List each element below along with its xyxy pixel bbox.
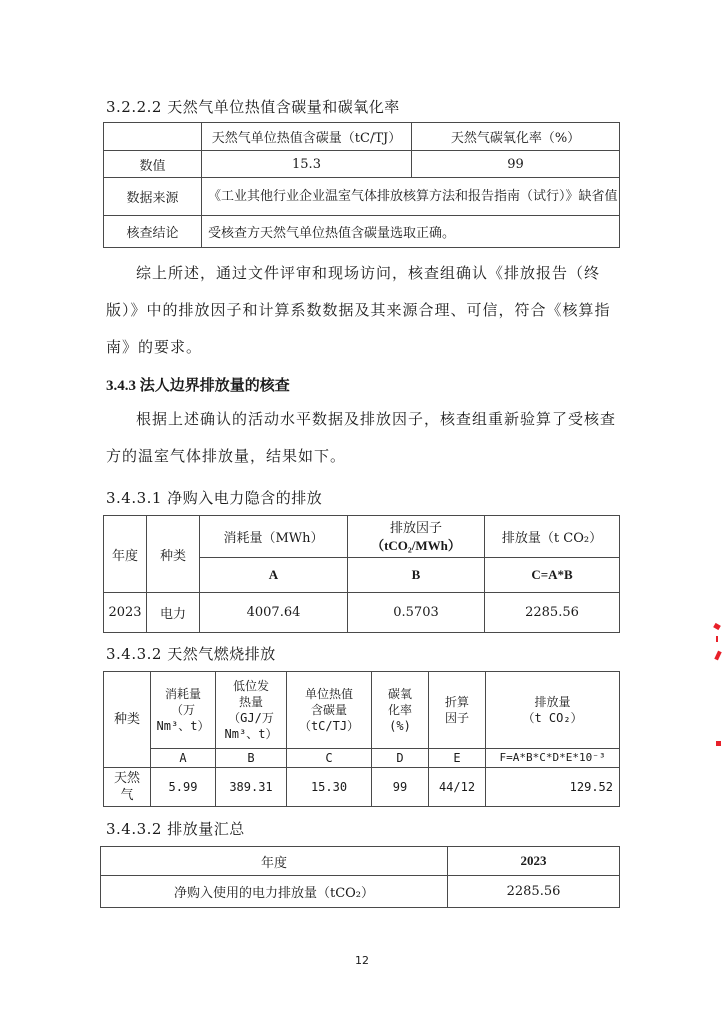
margin-mark — [716, 636, 718, 642]
section-heading-3-4-3: 3.4.3 法人边界排放量的核查 — [106, 374, 290, 395]
header-emission-factor-line1: 排放因子 — [348, 520, 484, 537]
data-source-text: 《工业其他行业企业温室气体排放核算方法和报告指南（试行）》缺省值 — [202, 178, 620, 216]
header-conversion-line1: 折算 — [429, 694, 485, 710]
header-ncv: 低位发 热量 （GJ/万 Nm³、t） — [216, 672, 287, 749]
header-ncv-line3: （GJ/万 — [216, 710, 286, 726]
subheader-d: D — [372, 749, 429, 768]
section-heading-3-2-2-2: 3.2.2.2 天然气单位热值含碳量和碳氧化率 — [106, 96, 400, 117]
value-carbon-content: 15.3 — [202, 151, 412, 178]
recalculation-paragraph: 根据上述确认的活动水平数据及排放因子，核查组重新验算了受核查方的温室气体排放量，… — [106, 401, 616, 475]
subheader-b: B — [216, 749, 287, 768]
header-conversion-line2: 因子 — [429, 710, 485, 726]
summary-paragraph: 综上所述，通过文件评审和现场访问，核查组确认《排放报告（终版）》中的排放因子和计… — [106, 255, 616, 366]
header-year: 年度 — [104, 516, 147, 593]
header-carbon-content-line3: （tC/TJ） — [287, 718, 371, 734]
cell-conversion: 44/12 — [429, 768, 486, 807]
header-carbon-content: 单位热值 含碳量 （tC/TJ） — [287, 672, 372, 749]
subheader-e: E — [429, 749, 486, 768]
margin-mark — [714, 651, 721, 661]
margin-mark — [713, 623, 721, 630]
header-emission: 排放量（t CO₂） — [485, 516, 620, 558]
cell-emission: 2285.56 — [485, 593, 620, 633]
subheader-f: F=A*B*C*D*E*10⁻³ — [486, 749, 620, 768]
margin-mark — [716, 741, 721, 746]
cell-emission: 129.52 — [486, 768, 620, 807]
carbon-content-table: 天然气单位热值含碳量（tC/TJ） 天然气碳氧化率（%） 数值 15.3 99 … — [103, 122, 620, 248]
cell-type: 电力 — [147, 593, 200, 633]
summary-header-label: 年度 — [101, 847, 448, 876]
page-number: 12 — [355, 954, 369, 967]
cell-year: 2023 — [104, 593, 147, 633]
header-ncv-line2: 热量 — [216, 694, 286, 710]
value-oxidation-rate: 99 — [412, 151, 620, 178]
header-carbon-content-line2: 含碳量 — [287, 702, 371, 718]
summary-row-label: 净购入使用的电力排放量（tCO₂） — [101, 876, 448, 908]
header-emission-factor: 排放因子 （tCO₂/MWh） — [348, 516, 485, 558]
header-emission: 排放量 （t CO₂） — [486, 672, 620, 749]
header-emission-line2: （t CO₂） — [486, 710, 619, 726]
header-type: 种类 — [147, 516, 200, 593]
subheader-c: C=A*B — [485, 558, 620, 593]
cell-ncv: 389.31 — [216, 768, 287, 807]
header-emission-line1: 排放量 — [486, 694, 619, 710]
subheader-b: B — [348, 558, 485, 593]
row-label-source: 数据来源 — [104, 178, 202, 216]
header-carbon-content-line1: 单位热值 — [287, 686, 371, 702]
header-ncv-line1: 低位发 — [216, 678, 286, 694]
summary-row-value: 2285.56 — [448, 876, 620, 908]
header-oxidation: 碳氧 化率 (%) — [372, 672, 429, 749]
section-heading-summary: 3.4.3.2 排放量汇总 — [106, 818, 245, 839]
header-oxidation-line2: 化率 — [372, 702, 428, 718]
cell-carbon-content: 15.30 — [287, 768, 372, 807]
subheader-a: A — [151, 749, 216, 768]
emission-summary-table: 年度 2023 净购入使用的电力排放量（tCO₂） 2285.56 — [100, 846, 620, 908]
header-consumption-line2: （万 — [151, 702, 215, 718]
cell-oxidation: 99 — [372, 768, 429, 807]
col-header-oxidation-rate: 天然气碳氧化率（%） — [412, 123, 620, 151]
row-label-value: 数值 — [104, 151, 202, 178]
header-type: 种类 — [104, 672, 151, 768]
header-ncv-line4: Nm³、t） — [216, 726, 286, 742]
header-consumption: 消耗量 （万 Nm³、t） — [151, 672, 216, 749]
row-label-conclusion: 核查结论 — [104, 216, 202, 248]
header-consumption-line1: 消耗量 — [151, 686, 215, 702]
cell-consumption: 4007.64 — [200, 593, 348, 633]
conclusion-text: 受核查方天然气单位热值含碳量选取正确。 — [202, 216, 620, 248]
subheader-c: C — [287, 749, 372, 768]
header-conversion-factor: 折算 因子 — [429, 672, 486, 749]
header-oxidation-line3: (%) — [372, 718, 428, 734]
header-consumption: 消耗量（MWh） — [200, 516, 348, 558]
header-consumption-line3: Nm³、t） — [151, 718, 215, 734]
header-oxidation-line1: 碳氧 — [372, 686, 428, 702]
electricity-emission-table: 年度 种类 消耗量（MWh） 排放因子 （tCO₂/MWh） 排放量（t CO₂… — [103, 515, 620, 633]
cell-type: 天然气 — [104, 768, 151, 807]
section-heading-3-4-3-2: 3.4.3.2 天然气燃烧排放 — [106, 643, 276, 664]
cell-consumption: 5.99 — [151, 768, 216, 807]
table-corner-cell — [104, 123, 202, 151]
cell-emission-factor: 0.5703 — [348, 593, 485, 633]
header-emission-factor-line2: （tCO₂/MWh） — [348, 537, 484, 554]
subheader-a: A — [200, 558, 348, 593]
section-heading-3-4-3-1: 3.4.3.1 净购入电力隐含的排放 — [106, 487, 322, 508]
summary-header-year: 2023 — [448, 847, 620, 876]
natural-gas-emission-table: 种类 消耗量 （万 Nm³、t） 低位发 热量 （GJ/万 Nm³、t） 单位热… — [103, 671, 620, 807]
col-header-carbon-content: 天然气单位热值含碳量（tC/TJ） — [202, 123, 412, 151]
